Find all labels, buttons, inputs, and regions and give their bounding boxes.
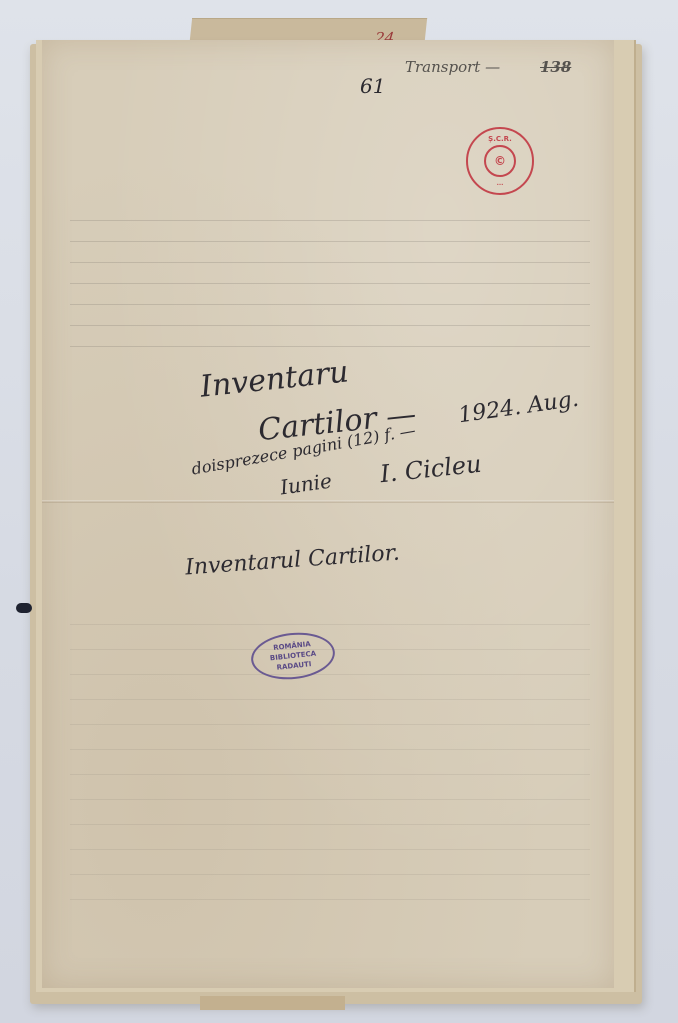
bleed-through-handwriting	[70, 200, 590, 360]
red-library-stamp: Ș.C.R. © ...	[466, 127, 534, 195]
protruding-bottom-sheet	[200, 996, 345, 1010]
transport-label: Transport —	[405, 58, 500, 76]
folio-number: 61	[360, 74, 385, 98]
page-fold	[42, 500, 614, 503]
stamp-emblem-icon: ©	[484, 145, 516, 177]
transport-value: 138	[540, 58, 571, 76]
binding-knot	[16, 603, 32, 613]
